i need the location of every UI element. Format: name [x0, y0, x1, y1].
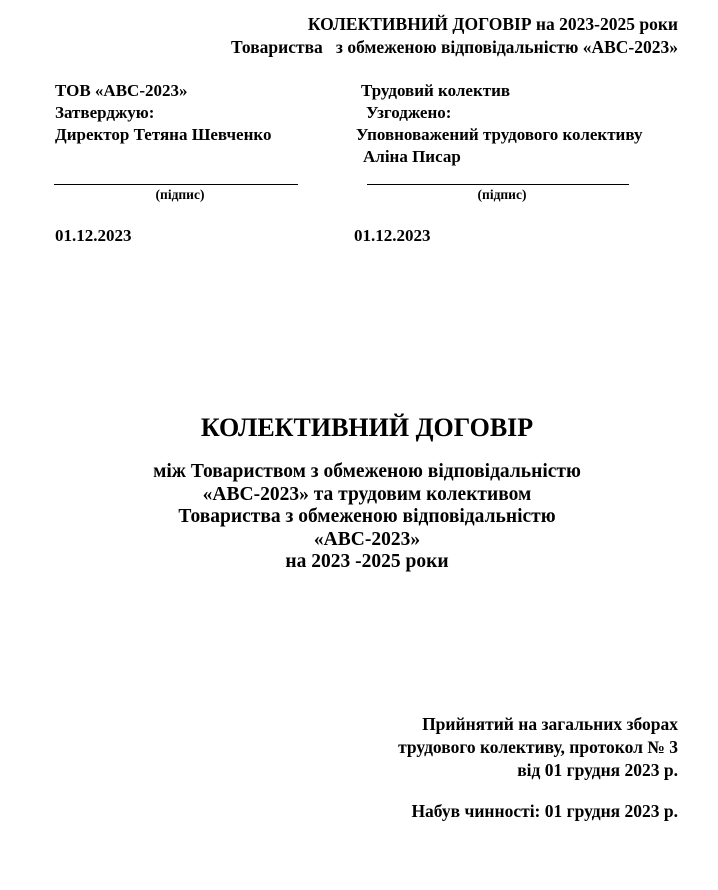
subtitle-line: між Товариством з обмеженою відповідальн…: [0, 461, 718, 484]
approval-left-date: 01.12.2023: [55, 225, 132, 247]
approval-left-org: ТОВ «АВС-2023»: [55, 80, 187, 102]
subtitle-line: на 2023 -2025 роки: [0, 551, 718, 574]
subtitle-line: Товариства з обмеженою відповідальністю: [0, 506, 718, 529]
approval-left-action: Затверджую:: [55, 102, 154, 124]
approval-right-action: Узгоджено:: [366, 102, 451, 124]
approval-right-date: 01.12.2023: [354, 225, 431, 247]
effective-date: Набув чинності: 01 грудня 2023 р.: [411, 800, 678, 823]
approval-right-org: Трудовий колектив: [361, 80, 510, 102]
document-header-company: Товариства з обмеженою відповідальністю …: [231, 37, 678, 58]
adoption-line: від 01 грудня 2023 р.: [398, 759, 678, 782]
approval-left-signer: Директор Тетяна Шевченко: [55, 124, 271, 146]
subtitle-line: «АВС-2023»: [0, 529, 718, 552]
main-title: КОЛЕКТИВНИЙ ДОГОВІР: [0, 411, 718, 445]
subtitle: між Товариством з обмеженою відповідальн…: [0, 461, 718, 574]
approval-right-signer-role: Уповноважений трудового колективу: [356, 124, 642, 146]
signature-label-right: (підпис): [367, 187, 637, 203]
signature-label-left: (підпис): [54, 187, 306, 203]
document-header-title: КОЛЕКТИВНИЙ ДОГОВІР на 2023-2025 роки: [308, 14, 678, 35]
subtitle-line: «АВС-2023» та трудовим колективом: [0, 484, 718, 507]
adoption-line: Прийнятий на загальних зборах: [398, 713, 678, 736]
approval-right-signer-name: Аліна Писар: [363, 146, 461, 168]
adoption-line: трудового колективу, протокол № 3: [398, 736, 678, 759]
adoption-block: Прийнятий на загальних зборах трудового …: [398, 713, 678, 782]
signature-line-right: [367, 184, 629, 185]
signature-line-left: [54, 184, 298, 185]
